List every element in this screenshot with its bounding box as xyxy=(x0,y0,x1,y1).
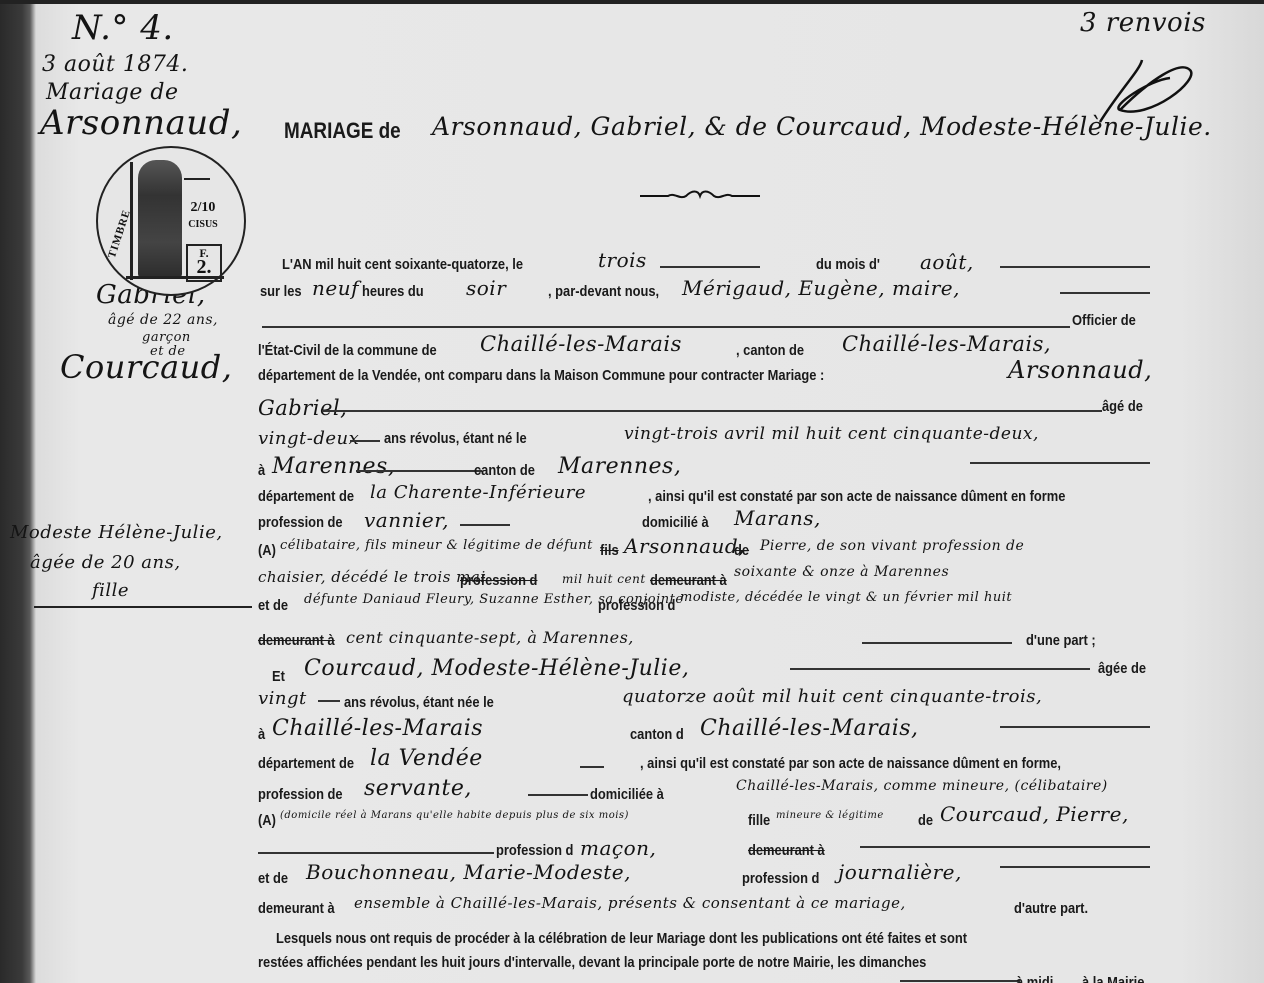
l11-groom-parent-status: célibataire, fils mineur & légitime de d… xyxy=(280,538,593,553)
l18-printed-1: département de xyxy=(258,755,354,772)
l11-father-surname: Arsonnaud, xyxy=(624,534,745,558)
l11-struck-2: de xyxy=(734,542,749,559)
l2-printed-2: heures du xyxy=(362,283,424,300)
margin-divider xyxy=(34,606,252,608)
l23-printed-1: demeurant à xyxy=(258,900,335,917)
fill-line xyxy=(356,470,482,472)
l6-printed-1: âgé de xyxy=(1102,398,1143,415)
fill-line xyxy=(350,440,380,442)
l7-groom-birthdate: vingt-trois avril mil huit cent cinquant… xyxy=(624,424,1039,444)
l18-bride-department: la Vendée xyxy=(370,746,483,771)
stamp-value-amount: 2. xyxy=(188,260,220,274)
l8-groom-birthplace: Marennes, xyxy=(272,454,395,479)
l1-printed-1: L'AN mil huit cent soixante-quatorze, le xyxy=(282,256,523,273)
margin-bride-status: fille xyxy=(92,580,129,601)
fill-line xyxy=(322,410,1102,412)
l13-printed-2: profession d xyxy=(598,597,675,614)
margin-bride-age: âgée de 20 ans, xyxy=(30,552,181,573)
fill-line xyxy=(258,852,494,854)
scales-icon xyxy=(184,178,210,180)
l6-groom-first: Gabriel, xyxy=(258,396,347,420)
l21-father-profession: maçon, xyxy=(580,836,656,860)
l1-printed-2: du mois d' xyxy=(816,256,880,273)
l11-printed-1: (A) xyxy=(258,542,276,559)
l7-groom-age: vingt-deux xyxy=(258,428,359,449)
document-page: N.° 4. 3 août 1874. Mariage de Arsonnaud… xyxy=(0,0,1264,983)
stamp-base xyxy=(126,276,224,279)
margin-bride-names: Modeste Hélène-Julie, xyxy=(10,522,223,543)
l19-printed-2: domiciliée à xyxy=(590,786,664,803)
l10-printed-2: domicilié à xyxy=(642,514,709,531)
tax-stamp: TIMBRE 2/10 CISUS F. 2. xyxy=(96,146,246,296)
l23-parents-consent: ensemble à Chaillé-les-Marais, présents … xyxy=(354,894,906,912)
l8-printed-2: canton de xyxy=(474,462,535,479)
l19-bride-profession: servante, xyxy=(364,776,472,801)
l17-printed-1: à xyxy=(258,726,265,743)
l2-hour: neuf xyxy=(312,276,359,300)
l12-death-year-cont: soixante & onze à Marennes xyxy=(734,564,949,580)
fill-line xyxy=(900,980,1020,982)
l5-groom-surname: Arsonnaud, xyxy=(1008,356,1152,384)
l9-printed-1: département de xyxy=(258,488,354,505)
l20-real-domicile: (domicile réel à Marans qu'elle habite d… xyxy=(280,810,629,821)
l20-printed-1: (A) xyxy=(258,812,276,829)
fill-line xyxy=(580,766,604,768)
stamp-value-sub: CISUS xyxy=(188,219,217,230)
l2-printed-1: sur les xyxy=(260,283,302,300)
margin-groom-surname: Arsonnaud, xyxy=(40,103,242,143)
l16-printed-1: ans révolus, étant née le xyxy=(344,694,494,711)
l14-struck-1: demeurant à xyxy=(258,632,335,649)
margin-bride-surname: Courcaud, xyxy=(60,348,232,386)
justice-figure-icon xyxy=(138,160,182,278)
l17-bride-canton: Chaillé-les-Marais, xyxy=(700,716,919,741)
l17-printed-2: canton d xyxy=(630,726,684,743)
l5-printed-1: département de la Vendée, ont comparu da… xyxy=(258,367,824,384)
margin-groom-status: garçon xyxy=(142,330,191,345)
margin-groom-age: âgé de 22 ans, xyxy=(108,312,218,328)
l4-printed-1: l'État-Civil de la commune de xyxy=(258,342,437,359)
stamp-value-top: 2/10 xyxy=(191,200,216,215)
header-printed: MARIAGE de xyxy=(284,118,401,144)
l22-mother-profession: journalière, xyxy=(838,860,962,884)
l18-printed-2: , ainsi qu'il est constaté par son acte … xyxy=(640,755,1061,772)
fill-line xyxy=(528,794,588,796)
l15-bride-name: Courcaud, Modeste-Hélène-Julie, xyxy=(304,656,689,681)
l21-printed-1: profession d xyxy=(496,842,573,859)
fill-line xyxy=(862,642,1012,644)
l13-mother-profession: modiste, décédée le vingt & un février m… xyxy=(680,590,1012,605)
l23-printed-2: d'autre part. xyxy=(1014,900,1088,917)
l20-printed-3: de xyxy=(918,812,933,829)
fill-line xyxy=(1000,266,1150,268)
l12-death-year: mil huit cent xyxy=(562,572,646,586)
margin-title: Mariage de xyxy=(46,80,179,105)
fill-line xyxy=(460,524,510,526)
l24-printed-1: Lesquels nous ont requis de procéder à l… xyxy=(276,930,967,947)
l1-day: trois xyxy=(598,248,647,272)
l10-printed-1: profession de xyxy=(258,514,343,531)
l2-time-of-day: soir xyxy=(466,276,506,300)
l21-struck-1: demeurant à xyxy=(748,842,825,859)
stamp-value-box: 2/10 CISUS xyxy=(186,200,220,244)
l14-printed-1: d'une part ; xyxy=(1026,632,1096,649)
top-right-note: 3 renvois xyxy=(1080,8,1206,38)
l13-printed-1: et de xyxy=(258,597,288,614)
fill-line xyxy=(1000,866,1150,868)
l4-commune: Chaillé-les-Marais xyxy=(480,332,682,356)
margin-date: 3 août 1874. xyxy=(42,52,188,77)
margin-act-number: N.° 4. xyxy=(72,8,174,48)
l20-bride-status: mineure & légitime xyxy=(776,810,884,821)
stamp-ring-text: TIMBRE xyxy=(106,208,133,260)
page-edge xyxy=(0,0,1264,4)
l12-struck-1: profession d xyxy=(460,572,537,589)
l1-month: août, xyxy=(920,250,974,274)
l22-printed-2: profession d xyxy=(742,870,819,887)
stamp-spear xyxy=(130,162,133,280)
l15-printed-2: âgée de xyxy=(1098,660,1146,677)
fill-line xyxy=(318,700,340,702)
l25-printed-1: restées affichées pendant les huit jours… xyxy=(258,954,926,971)
l20-father-name: Courcaud, Pierre, xyxy=(940,802,1129,826)
l12-father-profession: chaisier, décédé le trois mai xyxy=(258,568,486,586)
l4-printed-2: , canton de xyxy=(736,342,804,359)
l19-printed-1: profession de xyxy=(258,786,343,803)
l9-printed-2: , ainsi qu'il est constaté par son acte … xyxy=(648,488,1065,505)
ornament-divider xyxy=(640,190,760,202)
header-handwritten: Arsonnaud, Gabriel, & de Courcaud, Modes… xyxy=(432,112,1212,141)
l10-groom-domicile: Marans, xyxy=(734,506,821,530)
l26-printed-1: à midi xyxy=(1016,974,1053,983)
l2-officer: Mérigaud, Eugène, maire, xyxy=(682,276,960,300)
l11-struck-1: fils xyxy=(600,542,619,559)
fill-line xyxy=(262,326,1070,328)
l17-bride-birthplace: Chaillé-les-Marais xyxy=(272,716,483,741)
l22-mother-name: Bouchonneau, Marie-Modeste, xyxy=(306,860,631,884)
l4-canton: Chaillé-les-Marais, xyxy=(842,332,1051,356)
fill-line xyxy=(860,846,1150,848)
l20-printed-2: fille xyxy=(748,812,770,829)
fill-line xyxy=(970,462,1150,464)
l14-mother-death: cent cinquante-sept, à Marennes, xyxy=(346,628,634,647)
l8-groom-canton: Marennes, xyxy=(558,454,681,479)
l12-struck-2: demeurant à xyxy=(650,572,727,589)
l9-groom-department: la Charente-Inférieure xyxy=(370,482,586,503)
l16-bride-age: vingt xyxy=(258,688,307,709)
fill-line xyxy=(660,266,760,268)
l7-printed-1: ans révolus, étant né le xyxy=(384,430,527,447)
l8-printed-1: à xyxy=(258,462,265,479)
fill-line xyxy=(1060,292,1150,294)
l3-printed-1: Officier de xyxy=(1072,312,1136,329)
l10-groom-profession: vannier, xyxy=(364,508,449,532)
l22-printed-1: et de xyxy=(258,870,288,887)
l15-printed-1: Et xyxy=(272,668,285,685)
l16-bride-birthdate: quatorze août mil huit cent cinquante-tr… xyxy=(622,686,1042,707)
fill-line xyxy=(790,668,1090,670)
fill-line xyxy=(1000,726,1150,728)
l11-father-name: Pierre, de son vivant profession de xyxy=(760,538,1024,554)
l2-printed-3: , par-devant nous, xyxy=(548,283,659,300)
l26-printed-2: à la Mairie xyxy=(1082,974,1144,983)
l19-bride-domicile: Chaillé-les-Marais, comme mineure, (céli… xyxy=(736,778,1108,794)
